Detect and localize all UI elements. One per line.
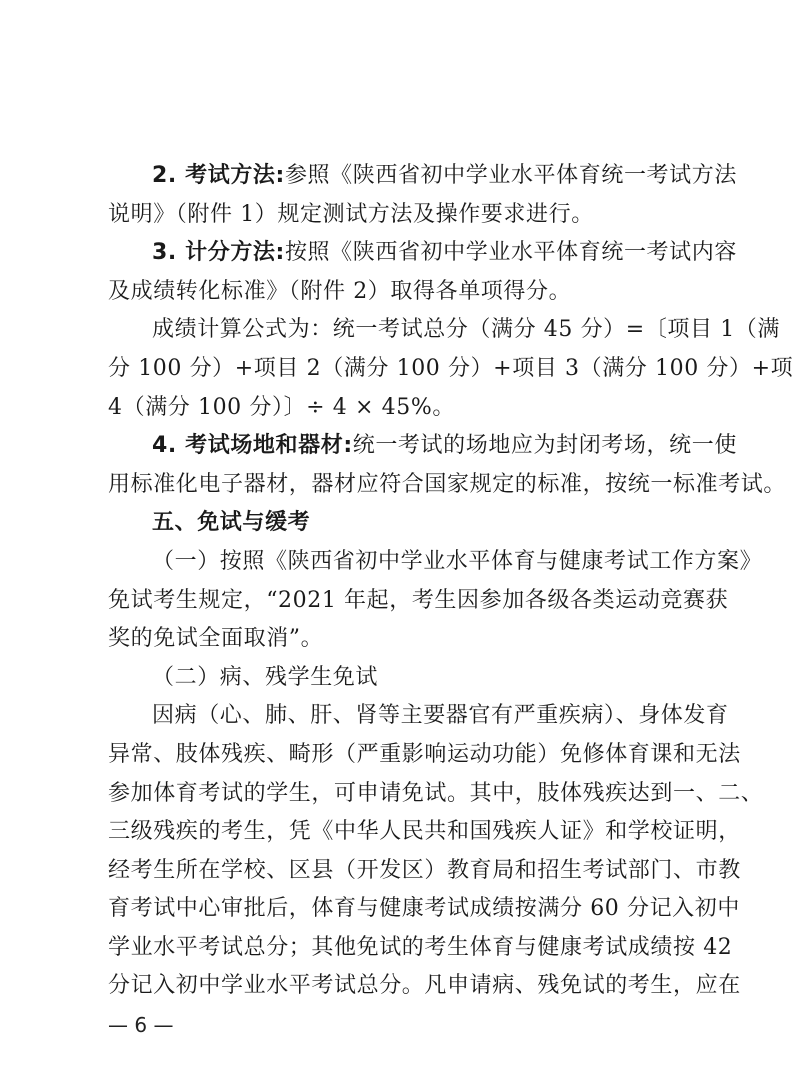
- section-heading-exemption: 五、免试与缓考: [108, 504, 692, 543]
- paragraph-illness-line-3: 参加体育考试的学生，可申请免试。其中，肢体残疾达到一、二、: [108, 775, 692, 814]
- paragraph-exemption-1-line-3: 奖的免试全面取消”。: [108, 620, 692, 659]
- paragraph-scoring-method-line-2: 及成绩转化标准》（附件 2）取得各单项得分。: [108, 273, 692, 312]
- paragraph-illness-line-4: 三级残疾的考生，凭《中华人民共和国残疾人证》和学校证明，: [108, 813, 692, 852]
- page-number: — 6 —: [108, 1013, 173, 1037]
- paragraph-formula-line-2: 分 100 分）+项目 2（满分 100 分）+项目 3（满分 100 分）+项…: [108, 350, 692, 389]
- subheading-illness-disability: （二）病、残学生免试: [108, 659, 692, 698]
- paragraph-illness-line-2: 异常、肢体残疾、畸形（严重影响运动功能）免修体育课和无法: [108, 736, 692, 775]
- paragraph-illness-line-7: 学业水平考试总分；其他免试的考生体育与健康考试成绩按 42: [108, 929, 692, 968]
- paragraph-scoring-method-line-1: 3. 计分方法:按照《陕西省初中学业水平体育统一考试内容: [108, 234, 692, 273]
- item-label: 2. 考试方法:: [152, 163, 285, 188]
- paragraph-exemption-1-line-1: （一）按照《陕西省初中学业水平体育与健康考试工作方案》: [108, 543, 692, 582]
- paragraph-illness-line-6: 育考试中心审批后，体育与健康考试成绩按满分 60 分记入初中: [108, 890, 692, 929]
- paragraph-illness-line-5: 经考生所在学校、区县（开发区）教育局和招生考试部门、市教: [108, 852, 692, 891]
- item-label: 4. 考试场地和器材:: [152, 433, 353, 458]
- paragraph-exam-method-line-2: 说明》（附件 1）规定测试方法及操作要求进行。: [108, 196, 692, 235]
- paragraph-exam-method-line-1: 2. 考试方法:参照《陕西省初中学业水平体育统一考试方法: [108, 157, 692, 196]
- document-page: 2. 考试方法:参照《陕西省初中学业水平体育统一考试方法 说明》（附件 1）规定…: [108, 157, 692, 1006]
- item-label: 3. 计分方法:: [152, 240, 285, 265]
- paragraph-illness-line-1: 因病（心、肺、肝、肾等主要器官有严重疾病）、身体发育: [108, 697, 692, 736]
- paragraph-venue-line-1: 4. 考试场地和器材:统一考试的场地应为封闭考场，统一使: [108, 427, 692, 466]
- paragraph-formula-line-1: 成绩计算公式为：统一考试总分（满分 45 分）=〔项目 1（满: [108, 311, 692, 350]
- paragraph-exemption-1-line-2: 免试考生规定，“2021 年起，考生因参加各级各类运动竞赛获: [108, 582, 692, 621]
- paragraph-illness-line-8: 分记入初中学业水平考试总分。凡申请病、残免试的考生，应在: [108, 967, 692, 1006]
- paragraph-formula-line-3: 4（满分 100 分）〕÷ 4 × 45%。: [108, 389, 692, 428]
- paragraph-venue-line-2: 用标准化电子器材，器材应符合国家规定的标准，按统一标准考试。: [108, 466, 692, 505]
